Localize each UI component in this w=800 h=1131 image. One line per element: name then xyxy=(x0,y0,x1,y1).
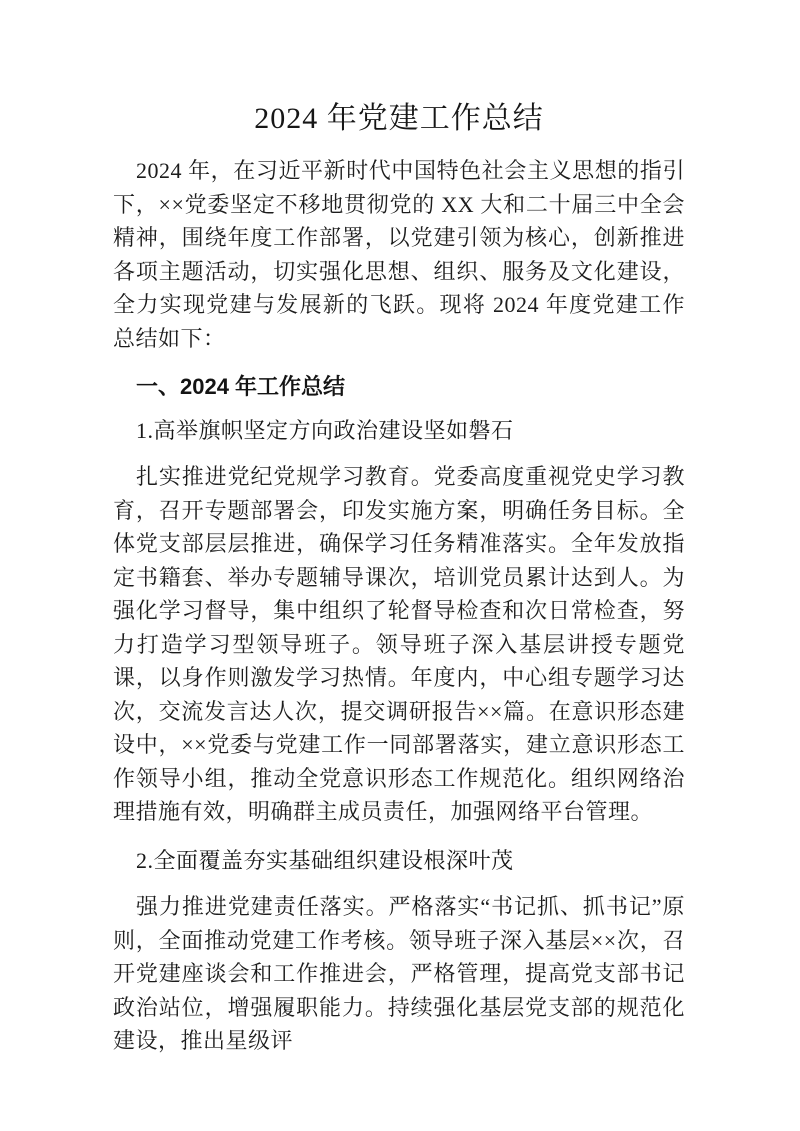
document-page: 2024 年党建工作总结 2024 年，在习近平新时代中国特色社会主义思想的指引… xyxy=(0,0,800,1131)
intro-paragraph: 2024 年，在习近平新时代中国特色社会主义思想的指引下，××党委坚定不移地贯彻… xyxy=(113,154,685,355)
subsection-2-paragraph: 强力推进党建责任落实。严格落实“书记抓、抓书记”原则，全面推动党建工作考核。领导… xyxy=(113,890,685,1058)
document-title: 2024 年党建工作总结 xyxy=(113,97,685,141)
subsection-1-heading: 1.高举旗帜坚定方向政治建设坚如磐石 xyxy=(113,414,685,448)
subsection-2-heading: 2.全面覆盖夯实基础组织建设根深叶茂 xyxy=(113,844,685,878)
section-1-heading: 一、2024 年工作总结 xyxy=(113,370,685,404)
subsection-1-paragraph: 扎实推进党纪党规学习教育。党委高度重视党史学习教育，召开专题部署会，印发实施方案… xyxy=(113,460,685,829)
